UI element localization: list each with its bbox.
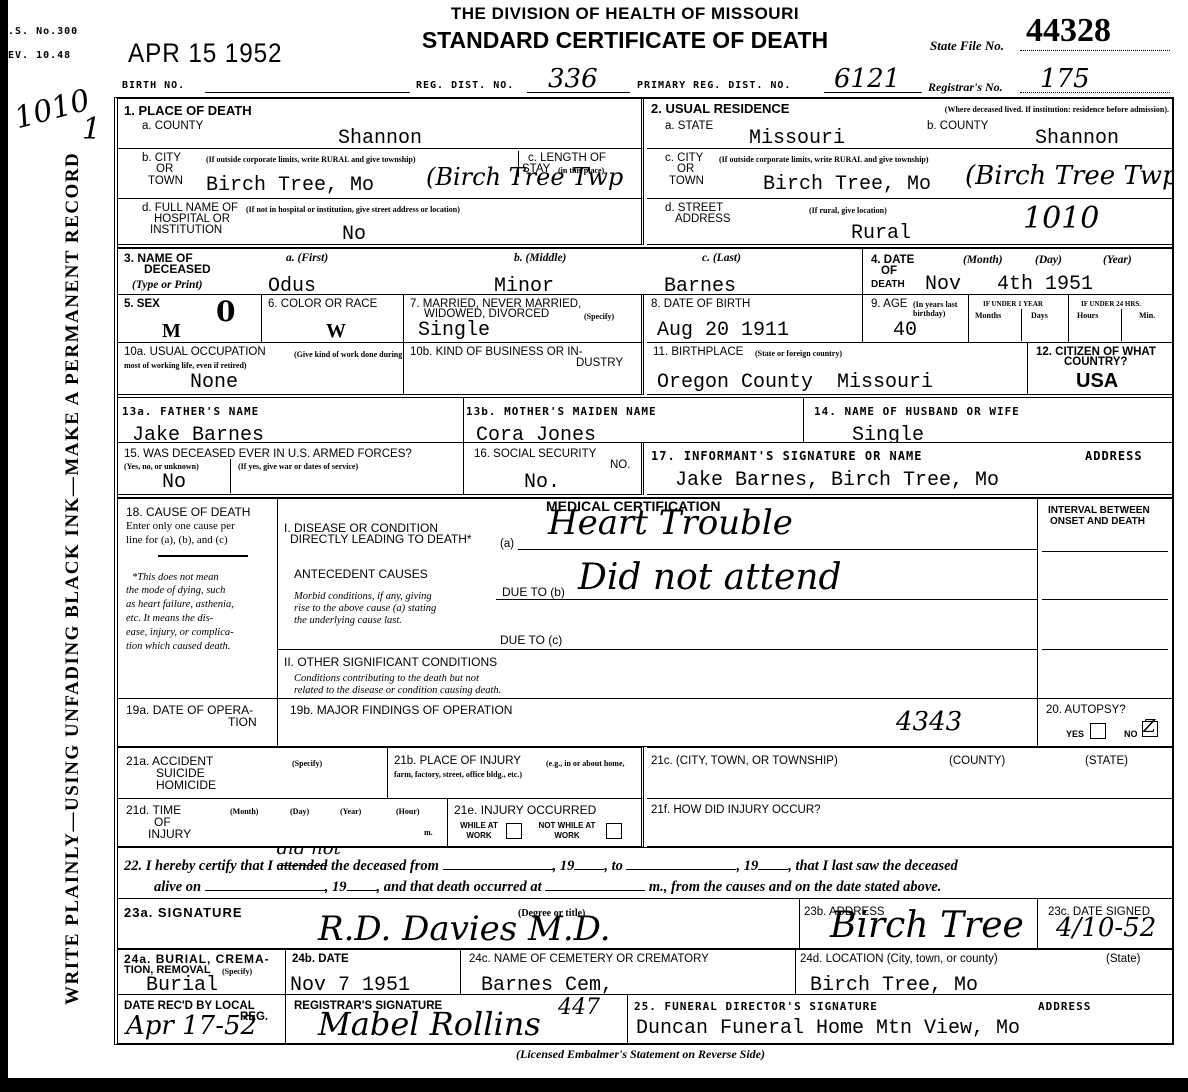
cause-divider [158, 555, 248, 557]
birthplace-note: (State or foreign country) [755, 348, 842, 359]
months-label: Months [975, 310, 1001, 321]
cause-a-label: (a) [500, 539, 514, 550]
day-label: (Day) [1035, 255, 1062, 266]
residence-label: 2. USUAL RESIDENCE [651, 103, 789, 114]
res-handwritten-code: 1010 [1023, 201, 1099, 236]
registrar-signature: Mabel Rollins [318, 1005, 541, 1043]
deceased-name-cell[interactable]: 3. NAME OF DECEASED (Type or Print) a. (… [118, 247, 863, 295]
informant-label: 17. INFORMANT'S SIGNATURE OR NAME [651, 451, 922, 462]
father-value: Jake Barnes [132, 426, 264, 443]
cert-text-19: , 19 [325, 879, 347, 895]
signature-cell[interactable]: 23a. SIGNATURE (Degree or title) R.D. Da… [118, 899, 800, 949]
date-signed-value: 4/10-52 [1056, 913, 1156, 943]
cert-from-year[interactable] [574, 869, 604, 870]
res-city-or: OR [677, 164, 694, 175]
cause-of-death-cell[interactable]: MEDICAL CERTIFICATION I. DISEASE OR COND… [278, 497, 1038, 699]
residence-note: (Where deceased lived. If institution: r… [817, 104, 1169, 115]
interval-line-b [1042, 599, 1168, 600]
spouse-label: 14. NAME OF HUSBAND OR WIFE [814, 406, 1020, 417]
checkmark-icon: Z [1143, 716, 1156, 737]
race-label: 6. COLOR OR RACE [268, 299, 377, 310]
location-value: Birch Tree, Mo [810, 976, 978, 995]
footnote-5: ease, injury, or complica- [126, 627, 234, 638]
cert-time-field[interactable] [545, 890, 645, 891]
race-cell[interactable]: 6. COLOR OR RACE W [262, 295, 404, 343]
cause-a-line [518, 549, 1038, 550]
cause-a-value[interactable]: Heart Trouble [548, 503, 793, 543]
form-code-1: .S. No.300 [8, 26, 78, 37]
sex-mark: 0 [216, 295, 235, 328]
specify-label: (Specify) [292, 758, 322, 769]
res-state-label: a. STATE [665, 121, 713, 132]
age-value: 40 [893, 321, 917, 341]
other-note-2: related to the disease or condition caus… [294, 685, 501, 696]
age-label: 9. AGE [871, 299, 907, 310]
while-at-work-checkbox[interactable] [506, 823, 522, 839]
marital-specify: (Specify) [584, 311, 614, 322]
cert-text-b: the deceased from [331, 858, 439, 874]
race-value: W [326, 321, 346, 341]
funeral-address-label: ADDRESS [1038, 1001, 1091, 1012]
side-instruction: WRITE PLAINLY—USING UNFADING BLACK INK—M… [62, 105, 102, 1005]
reg-dist-label: REG. DIST. NO. [416, 80, 514, 91]
first-name-value: Odus [268, 277, 316, 295]
place-of-injury-cell[interactable]: 21b. PLACE OF INJURY (e.g., in or about … [388, 747, 644, 799]
interval-label: INTERVAL BETWEEN [1048, 505, 1150, 516]
cemetery-cell[interactable]: 24c. NAME OF CEMETERY OR CREMATORY Barne… [461, 949, 796, 995]
ssn-value: No. [524, 473, 560, 493]
other-note-1: Conditions contributing to the death but… [294, 673, 479, 684]
month-label: (Month) [963, 255, 1003, 266]
hospital-label-3: INSTITUTION [150, 225, 222, 236]
due-to-b-label: DUE TO (b) [502, 587, 565, 598]
cause-label: 18. CAUSE OF DEATH [126, 507, 250, 518]
cert-text-a: 22. I hereby certify that I [124, 858, 273, 874]
due-to-c-label: DUE TO (c) [500, 635, 562, 646]
dob-value: Aug 20 1911 [657, 321, 789, 341]
ssn-label-2: NO. [610, 460, 630, 471]
injury-location-cell[interactable]: 21c. (CITY, TOWN, OR TOWNSHIP) (COUNTY) … [647, 747, 1174, 799]
state-file-number: 44328 [1026, 12, 1111, 50]
location-state-label: (State) [1106, 954, 1141, 965]
res-street-label-2: ADDRESS [675, 214, 731, 225]
dob-label: 8. DATE OF BIRTH [651, 299, 750, 310]
burial-specify: (Specify) [222, 966, 252, 977]
injury-state-label: (STATE) [1085, 756, 1128, 767]
not-while-at-work-label: NOT WHILE AT WORK [534, 821, 600, 841]
time-month-label: (Month) [230, 806, 258, 817]
scan-edge-left [0, 0, 8, 1092]
hours-min-divider [1121, 309, 1122, 341]
under-1-year-cell[interactable]: IF UNDER 1 YEAR Months Days [969, 295, 1069, 343]
time-year-label: (Year) [340, 806, 361, 817]
res-county-label: b. COUNTY [927, 121, 988, 132]
city-town-label: TOWN [148, 176, 183, 187]
res-county-value: Shannon [1035, 129, 1119, 149]
registrar-number: 447 [558, 995, 600, 1020]
armed-forces-value: No [162, 473, 186, 493]
city-or-label: OR [156, 164, 173, 175]
time-hour-label: (Hour) [396, 806, 420, 817]
cert-text-d: , to [604, 858, 623, 874]
physician-address-value: Birch Tree [830, 905, 1024, 946]
registrar-no[interactable]: 175 [1040, 64, 1090, 94]
interval-line-c [1042, 649, 1168, 650]
footnote-6: tion which caused death. [126, 641, 230, 652]
footnote-4: etc. It means the dis- [126, 613, 213, 624]
footnote-1: *This does not mean [132, 571, 219, 585]
last-name-label: c. (Last) [702, 253, 741, 264]
registrar-no-label: Registrar's No. [928, 80, 1003, 95]
under-24-label: IF UNDER 24 HRS. [1081, 299, 1141, 310]
res-street-note: (If rural, give location) [809, 205, 887, 216]
county-label: a. COUNTY [142, 121, 203, 132]
state-file-underline [1020, 50, 1170, 51]
armed-forces-note-2: (If yes, give war or dates of service) [238, 461, 358, 472]
spouse-value: Single [852, 426, 924, 443]
ssn-cell[interactable]: 16. SOCIAL SECURITY NO. No. [464, 443, 644, 495]
armed-forces-cell[interactable]: 15. WAS DECEASED EVER IN U.S. ARMED FORC… [118, 443, 464, 495]
burial-date-label: 24b. DATE [292, 954, 349, 965]
autopsy-label: 20. AUTOPSY? [1046, 705, 1126, 716]
cert-to-field[interactable] [626, 869, 736, 870]
mother-label: 13b. MOTHER'S MAIDEN NAME [466, 406, 657, 417]
date-of-death-cell[interactable]: 4. DATE OF DEATH (Month) (Day) (Year) No… [863, 247, 1174, 295]
autopsy-yes-checkbox[interactable] [1090, 723, 1106, 739]
location-label: 24d. LOCATION (City, town, or county) [800, 954, 998, 965]
first-name-label: a. (First) [286, 253, 328, 264]
cert-from-field[interactable] [443, 869, 553, 870]
cert-text-e: , 19 [736, 858, 758, 874]
antecedent-note-2: rise to the above cause (a) stating [294, 603, 436, 614]
cert-alive-field[interactable] [205, 890, 325, 891]
marital-value: Single [418, 321, 490, 341]
operation-findings-value: 4343 [896, 707, 962, 737]
burial-cell[interactable]: 24a. BURIAL, CREMA- TION, REMOVAL (Speci… [118, 949, 286, 995]
dob-cell[interactable]: 8. DATE OF BIRTH Aug 20 1911 [647, 295, 863, 343]
cert-text-f: , that I last saw the deceased [788, 858, 958, 874]
received-stamp: APR 15 1952 [128, 38, 282, 69]
business-label: 10b. KIND OF BUSINESS OR IN- [410, 347, 583, 358]
how-injury-cell[interactable]: 21f. HOW DID INJURY OCCUR? [647, 799, 1174, 847]
certification-statement[interactable]: 22. I hereby certify that I attended did… [118, 847, 1174, 899]
cause-instructions-cell: 18. CAUSE OF DEATH Enter only one cause … [118, 497, 278, 699]
business-label-2: DUSTRY [576, 358, 623, 369]
birthplace-cell[interactable]: 11. BIRTHPLACE (State or foreign country… [647, 343, 1028, 395]
antecedent-label: ANTECEDENT CAUSES [294, 569, 428, 580]
embalmer-note: (Licensed Embalmer's Statement on Revers… [516, 1047, 765, 1062]
cert-inserted-word: did not [277, 847, 341, 859]
injury-county-label: (COUNTY) [949, 756, 1005, 767]
interval-cell[interactable]: INTERVAL BETWEEN ONSET AND DEATH [1038, 497, 1174, 699]
date-signed-cell[interactable]: 23c. DATE SIGNED 4/10-52 [1038, 899, 1174, 949]
sex-value: M [162, 321, 181, 341]
mother-cell[interactable]: 13b. MOTHER'S MAIDEN NAME Cora Jones [464, 397, 804, 443]
homicide-label: HOMICIDE [156, 780, 216, 791]
informant-value: Jake Barnes, Birch Tree, Mo [675, 471, 999, 491]
name-note: (Type or Print) [132, 280, 202, 291]
footnote-3: as heart failure, asthenia, [126, 599, 234, 610]
stay-label-2: STAY [522, 164, 550, 175]
cert-alive-year[interactable] [347, 890, 377, 891]
place-of-death-label: 1. PLACE OF DEATH [124, 105, 252, 116]
birth-no-label: BIRTH NO. [122, 80, 185, 91]
burial-location-cell[interactable]: 24d. LOCATION (City, town, or county) (S… [796, 949, 1174, 995]
father-cell[interactable]: 13a. FATHER'S NAME Jake Barnes [118, 397, 464, 443]
citizenship-value: USA [1076, 371, 1118, 391]
cert-text-alive: alive on [154, 879, 201, 895]
stay-divider [518, 151, 519, 177]
cert-line-1: 22. I hereby certify that I attended did… [124, 858, 958, 875]
birthplace-label: 11. BIRTHPLACE [653, 347, 743, 358]
scan-edge-bottom [0, 1078, 1188, 1092]
business-cell[interactable]: 10b. KIND OF BUSINESS OR IN- DUSTRY [404, 343, 644, 395]
informant-address-label: ADDRESS [1085, 451, 1143, 462]
cemetery-value: Barnes Cem, [481, 976, 613, 995]
occurred-label: 21e. INJURY OCCURRED [454, 805, 596, 816]
occupation-cell[interactable]: 10a. USUAL OCCUPATION (Give kind of work… [118, 343, 404, 395]
time-m-label: m. [424, 827, 433, 838]
registrar-signature-cell[interactable]: REGISTRAR'S SIGNATURE Mabel Rollins 447 [286, 995, 628, 1045]
death-city-value: Birch Tree, Mo [206, 176, 374, 196]
operation-date-label-2: TION [228, 717, 257, 728]
citizen-label-2: COUNTRY? [1064, 357, 1127, 368]
cause-instr-1: Enter only one cause per [126, 521, 235, 532]
armed-forces-divider [230, 459, 231, 493]
armed-forces-label: 15. WAS DECEASED EVER IN U.S. ARMED FORC… [124, 449, 412, 460]
place-of-death-county-cell[interactable]: 1. PLACE OF DEATH a. COUNTY Shannon [118, 99, 644, 149]
hospital-value: No [342, 225, 366, 245]
page-title: STANDARD CERTIFICATE OF DEATH [400, 27, 850, 54]
time-label-3: INJURY [148, 829, 191, 840]
autopsy-yes-label: YES [1066, 729, 1084, 740]
funeral-director-label: 25. FUNERAL DIRECTOR'S SIGNATURE [634, 1001, 878, 1012]
age-cell[interactable]: 9. AGE (In years last birthday) 40 [863, 295, 969, 343]
interval-label-2: ONSET AND DEATH [1050, 516, 1145, 527]
funeral-director-cell[interactable]: 25. FUNERAL DIRECTOR'S SIGNATURE ADDRESS… [628, 995, 1174, 1045]
accident-type-cell[interactable]: 21a. ACCIDENT SUICIDE HOMICIDE (Specify) [118, 747, 388, 799]
sex-label: 5. SEX [124, 299, 160, 310]
cert-to-year[interactable] [758, 869, 788, 870]
cause-c-line [278, 649, 1038, 650]
res-state-value: Missouri [749, 129, 845, 149]
cause-instr-2: line for (a), (b), and (c) [126, 535, 228, 546]
place-of-death-hospital-cell[interactable]: d. FULL NAME OF (If not in hospital or i… [118, 199, 644, 245]
dod-label-2: OF [881, 266, 897, 277]
city-note: (If outside corporate limits, write RURA… [206, 154, 416, 165]
hospital-note: (If not in hospital or institution, give… [246, 204, 460, 215]
autopsy-cell[interactable]: 20. AUTOPSY? YES NO Z [1038, 699, 1174, 747]
burial-date-cell[interactable]: 24b. DATE Nov 7 1951 [286, 949, 461, 995]
how-injury-label: 21f. HOW DID INJURY OCCUR? [651, 805, 821, 816]
res-city-value: Birch Tree, Mo [763, 175, 931, 195]
death-county-value: Shannon [338, 129, 422, 149]
residence-city-cell[interactable]: c. CITY (If outside corporate limits, wr… [647, 149, 1174, 199]
cemetery-label: 24c. NAME OF CEMETERY OR CREMATORY [469, 954, 709, 965]
agency-name: THE DIVISION OF HEALTH OF MISSOURI [400, 4, 850, 24]
cause-b-line [496, 599, 1038, 600]
place-of-death-city-cell[interactable]: b. CITY (If outside corporate limits, wr… [118, 149, 644, 199]
occupation-value: None [190, 373, 238, 393]
burial-value: Burial [146, 976, 218, 995]
primary-reg-dist-label: PRIMARY REG. DIST. NO. [637, 80, 791, 91]
months-days-divider [1021, 309, 1022, 341]
time-day-label: (Day) [290, 806, 309, 817]
cert-line-2: alive on , 19, and that death occurred a… [154, 879, 941, 896]
sex-cell[interactable]: 5. SEX M 0 [118, 295, 262, 343]
physician-signature: R.D. Davies M.D. [318, 909, 611, 949]
cert-text-end: m., from the causes and on the date stat… [649, 879, 941, 895]
residence-state-cell[interactable]: 2. USUAL RESIDENCE (Where deceased lived… [647, 99, 1174, 149]
cert-struck-word: attended [277, 858, 328, 874]
certificate-form: 1. PLACE OF DEATH a. COUNTY Shannon b. C… [114, 97, 1174, 1045]
operation-findings-label: 19b. MAJOR FINDINGS OF OPERATION [290, 705, 512, 716]
signature-label: 23a. SIGNATURE [124, 907, 243, 918]
funeral-director-value: Duncan Funeral Home Mtn View, Mo [636, 1019, 1020, 1039]
footnote-2: the mode of dying, such [126, 585, 225, 596]
informant-cell[interactable]: 17. INFORMANT'S SIGNATURE OR NAME ADDRES… [647, 443, 1174, 495]
middle-name-label: b. (Middle) [514, 253, 566, 264]
ssn-label: 16. SOCIAL SECURITY [474, 449, 596, 460]
dod-value: Nov 4th 1951 [925, 275, 1093, 295]
cert-text-c: , 19 [553, 858, 575, 874]
operation-findings-cell[interactable]: 19b. MAJOR FINDINGS OF OPERATION 4343 [278, 699, 1038, 747]
date-recd-value: Apr 17-52 [126, 1011, 257, 1041]
antecedent-note-3: the underlying cause last. [294, 615, 402, 626]
while-at-work-label: WHILE AT WORK [454, 821, 504, 841]
age-note: (In years last birthday) [913, 300, 969, 318]
state-file-label: State File No. [930, 38, 1004, 54]
days-label: Days [1031, 310, 1048, 321]
burial-date-value: Nov 7 1951 [290, 976, 410, 995]
antecedent-note-1: Morbid conditions, if any, giving [294, 591, 432, 602]
res-city-handwritten: (Birch Tree Twp) [965, 161, 1174, 191]
reg-dist-no[interactable]: 336 [548, 64, 598, 94]
middle-name-value: Minor [494, 277, 554, 295]
under-1-label: IF UNDER 1 YEAR [983, 299, 1043, 310]
autopsy-no-checkbox[interactable]: Z [1142, 721, 1158, 737]
spouse-cell[interactable]: 14. NAME OF HUSBAND OR WIFE Single [804, 397, 1174, 443]
hours-label: Hours [1077, 310, 1098, 321]
disease-label-2: DIRECTLY LEADING TO DEATH* [290, 534, 472, 545]
under-24-hours-cell[interactable]: IF UNDER 24 HRS. Hours Min. [1069, 295, 1174, 343]
res-street-value: Rural [851, 224, 911, 244]
operation-date-cell[interactable]: 19a. DATE OF OPERA- TION [118, 699, 278, 747]
residence-street-cell[interactable]: d. STREET ADDRESS (If rural, give locati… [647, 199, 1174, 245]
last-name-value: Barnes [664, 277, 736, 295]
not-while-at-work-checkbox[interactable] [606, 823, 622, 839]
cause-b-value[interactable]: Did not attend [578, 557, 842, 598]
res-city-note: (If outside corporate limits, write RURA… [719, 154, 929, 165]
cert-text-death: , and that death occurred at [377, 879, 542, 895]
res-city-town: TOWN [669, 176, 704, 187]
injury-occurred-cell[interactable]: 21e. INJURY OCCURRED WHILE AT WORK NOT W… [448, 799, 644, 847]
name-label-2: DECEASED [144, 264, 211, 275]
interval-line-a [1042, 551, 1168, 552]
autopsy-no-label: NO [1124, 729, 1138, 740]
marital-cell[interactable]: 7. MARRIED, NEVER MARRIED, WIDOWED, DIVO… [404, 295, 644, 343]
place-of-injury-note: (e.g., in or about home, farm, factory, … [394, 758, 640, 780]
stay-note: (in this place) [558, 165, 604, 176]
primary-reg-dist-no[interactable]: 6121 [834, 64, 900, 94]
physician-address-cell[interactable]: 23b. ADDRESS Birch Tree [800, 899, 1038, 949]
occupation-note: (Give kind of work done during most of w… [124, 349, 404, 371]
year-label: (Year) [1103, 255, 1132, 266]
injury-city-label: 21c. (CITY, TOWN, OR TOWNSHIP) [651, 756, 838, 767]
birth-no-field[interactable] [205, 92, 410, 93]
time-of-injury-cell[interactable]: 21d. TIME OF INJURY (Month) (Day) (Year)… [118, 799, 448, 847]
citizenship-cell[interactable]: 12. CITIZEN OF WHAT COUNTRY? USA [1028, 343, 1174, 395]
form-code-2: EV. 10.48 [8, 50, 71, 61]
other-conditions-label: II. OTHER SIGNIFICANT CONDITIONS [284, 657, 497, 668]
mother-value: Cora Jones [476, 426, 596, 443]
date-received-cell[interactable]: DATE REC'D BY LOCAL REG. Apr 17-52 [118, 995, 286, 1045]
dod-label-3: DEATH [871, 279, 905, 290]
birthplace-value: Oregon County Missouri [657, 373, 933, 393]
father-label: 13a. FATHER'S NAME [122, 406, 259, 417]
min-label: Min. [1139, 310, 1155, 321]
